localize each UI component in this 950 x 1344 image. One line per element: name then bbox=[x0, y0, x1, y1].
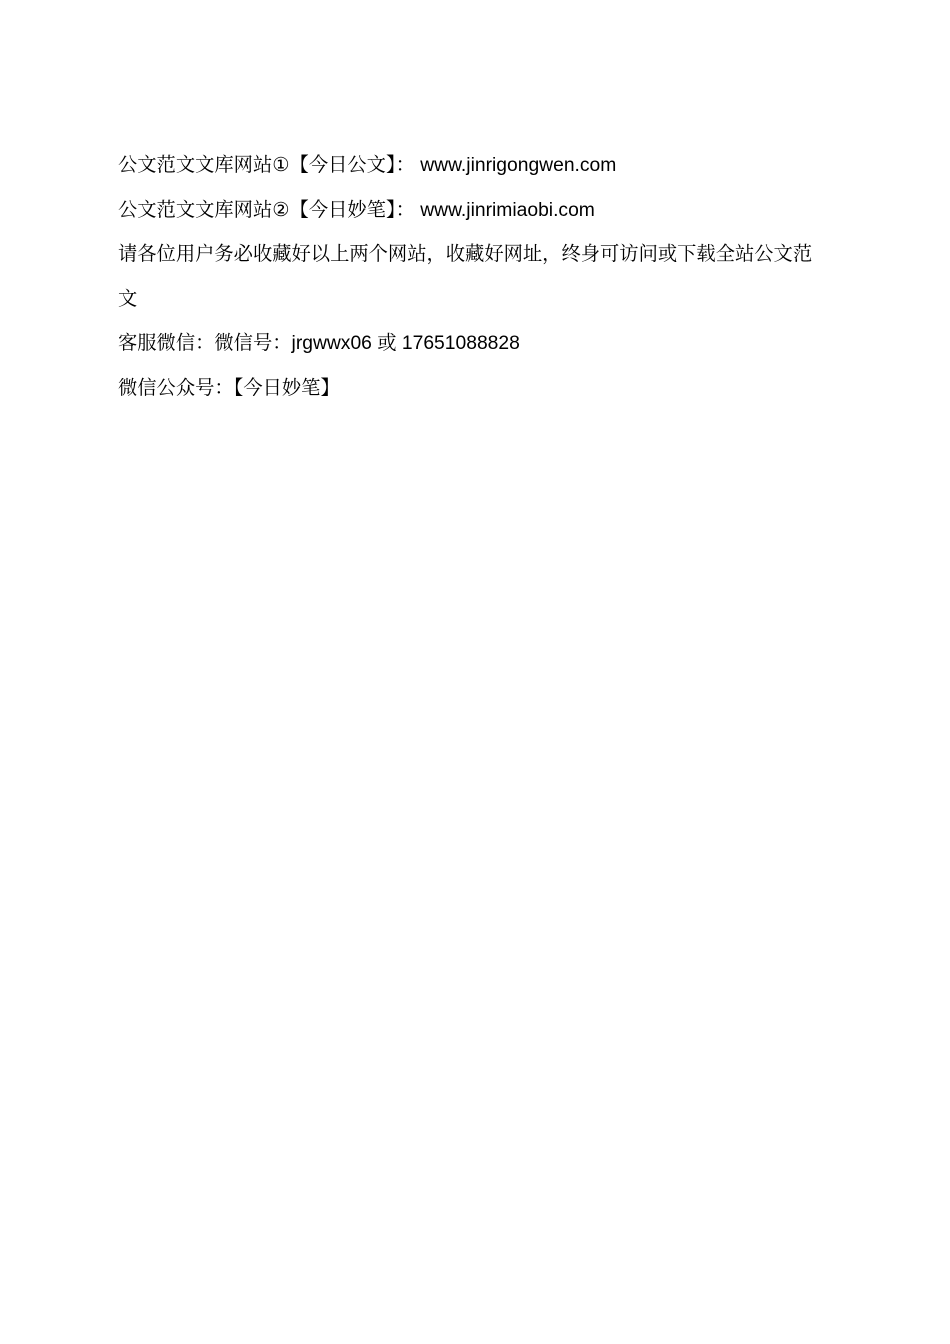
document-page: 公文范文文库网站①【今日公文】： www.jinrigongwen.com 公文… bbox=[0, 0, 950, 1344]
paragraph-website-1: 公文范文文库网站①【今日公文】： www.jinrigongwen.com bbox=[118, 144, 818, 189]
paragraph-customer-service-wechat: 客服微信：微信号：jrgwwx06 或 17651088828 bbox=[118, 322, 818, 367]
paragraph-bookmark-notice: 请各位用户务必收藏好以上两个网站，收藏好网址，终身可访问或下载全站公文范文 bbox=[118, 233, 818, 322]
paragraph-website-2: 公文范文文库网站②【今日妙笔】： www.jinrimiaobi.com bbox=[118, 189, 818, 234]
document-text-block: 公文范文文库网站①【今日公文】： www.jinrigongwen.com 公文… bbox=[118, 144, 818, 412]
paragraph-wechat-official-account: 微信公众号：【今日妙笔】 bbox=[118, 367, 818, 412]
